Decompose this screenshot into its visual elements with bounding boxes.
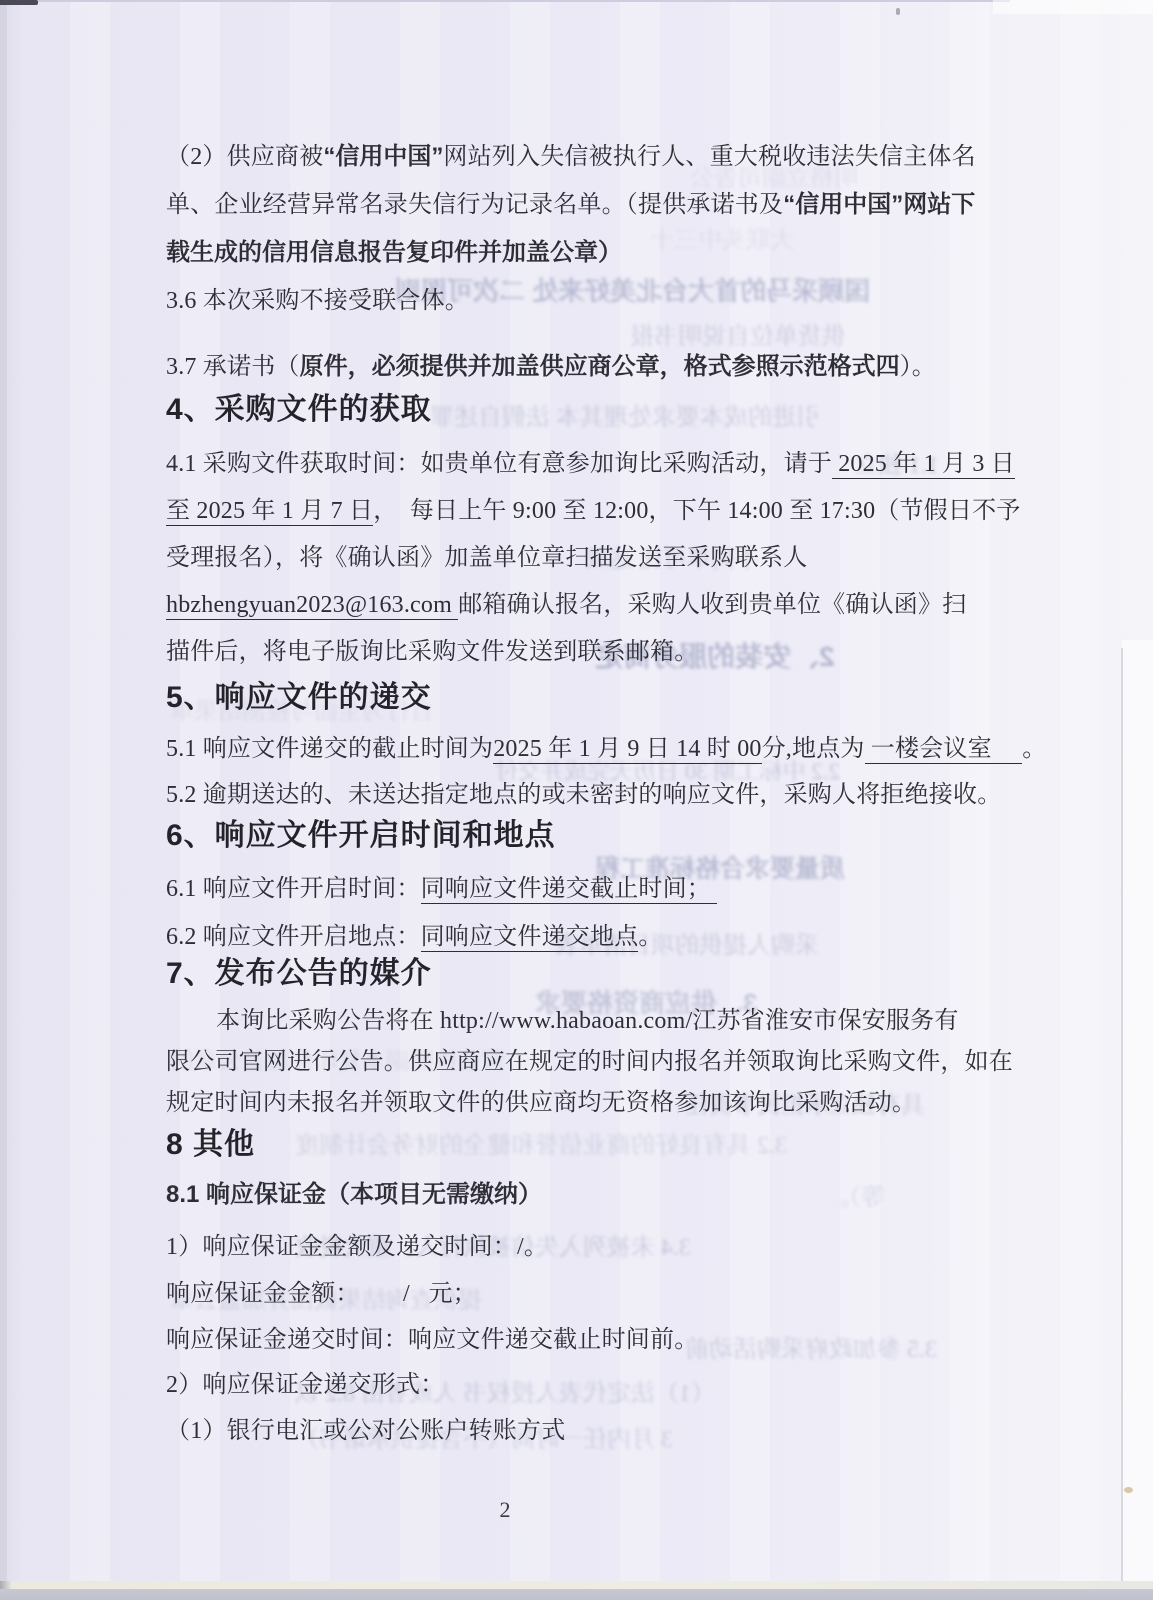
paragraph: 响应保证金金额： / 元； [166, 1271, 978, 1318]
text-line: 6.2 响应文件开启地点：同响应文件递交地点。 [166, 914, 978, 961]
text-line: 5.2 逾期送达的、未送达指定地点的或未密封的响应文件，采购人将拒绝接收。 [166, 772, 978, 819]
paragraph: 3.6 本次采购不接受联合体。 [166, 278, 978, 325]
paragraph: 6.2 响应文件开启地点：同响应文件递交地点。 [166, 914, 978, 961]
page-edge-line [1121, 648, 1123, 1583]
paragraph: 4.1 采购文件获取时间：如贵单位有意参加询比采购活动，请于 2025 年 1 … [166, 441, 978, 676]
underlined-text-segment: 至 2025 年 1 月 7 日 [166, 498, 373, 526]
page-edge-strip [1122, 640, 1153, 1585]
text-line: 描件后，将电子版询比采购文件发送到联系邮箱。 [166, 629, 978, 676]
scan-bottom-ivory-band [0, 1581, 1153, 1589]
text-segment: 8.1 响应保证金（本项目无需缴纳） [166, 1181, 542, 1208]
paragraph: 6.1 响应文件开启时间：同响应文件递交截止时间； [166, 866, 978, 913]
scan-highlight [993, 0, 1153, 14]
text-line: 规定时间内未报名并领取文件的供应商均无资格参加该询比采购活动。 [166, 1083, 978, 1124]
section-heading: 4、采购文件的获取 [166, 392, 978, 428]
text-segment: ， 每日上午 9:00 至 12:00，下午 14:00 至 17:30（节假日… [373, 498, 1020, 524]
paragraph: 8.1 响应保证金（本项目无需缴纳） [166, 1171, 978, 1218]
text-segment: 限公司官网进行公告。供应商应在规定的时间内报名并领取询比采购文件，如在 [166, 1049, 1013, 1075]
scan-left-shade [0, 0, 7, 1600]
paragraph: 5.2 逾期送达的、未送达指定地点的或未密封的响应文件，采购人将拒绝接收。 [166, 772, 978, 819]
text-segment: 响应保证金金额： / 元； [166, 1281, 477, 1307]
scan-speck [1124, 1487, 1133, 1493]
text-segment: 4.1 采购文件获取时间：如贵单位有意参加询比采购活动，请于 [166, 451, 832, 477]
section-heading: 8 其他 [166, 1127, 978, 1163]
text-line: 响应保证金递交时间：响应文件递交截止时间前。 [166, 1317, 978, 1364]
text-line: （1）银行电汇或公对公账户转账方式 [166, 1408, 978, 1455]
text-line: 6.1 响应文件开启时间：同响应文件递交截止时间； [166, 866, 978, 913]
text-line: 1）响应保证金金额及递交时间：/。 [166, 1224, 978, 1271]
text-line: （2）供应商被“信用中国”网站列入失信被执行人、重大税收违法失信主体名 [166, 133, 978, 181]
text-segment: 。 [1022, 736, 1046, 762]
text-segment: 邮箱确认报名，采购人收到贵单位《确认函》扫 [458, 592, 966, 618]
text-segment: 1）响应保证金金额及递交时间：/。 [166, 1234, 548, 1260]
underlined-text-segment: 2025 年 1 月 3 日 [832, 451, 1015, 479]
text-line: 响应保证金金额： / 元； [166, 1271, 978, 1318]
scan-speck [896, 8, 900, 15]
text-line: 3.6 本次采购不接受联合体。 [166, 278, 978, 325]
text-segment: 网站列入失信被执行人、重大税收违法失信主体名 [443, 144, 975, 170]
text-segment: （2）供应商被 [166, 144, 323, 170]
text-segment: 5.2 逾期送达的、未送达指定地点的或未密封的响应文件，采购人将拒绝接收。 [166, 782, 1001, 808]
text-segment: 3.7 承诺书（ [166, 354, 300, 380]
paragraph: （2）供应商被“信用中国”网站列入失信被执行人、重大税收违法失信主体名单、企业经… [166, 133, 978, 277]
text-segment: 载生成的信用信息报告复印件并加盖公章） [166, 239, 622, 266]
text-segment: 。 [638, 924, 662, 950]
section-heading: 6、响应文件开启时间和地点 [166, 818, 978, 854]
text-segment: 6.2 响应文件开启地点： [166, 924, 421, 950]
paragraph: 响应保证金递交时间：响应文件递交截止时间前。 [166, 1317, 978, 1364]
text-segment: 原件，必须提供并加盖供应商公章，格式参照示范格式四 [300, 353, 900, 380]
text-segment: 描件后，将电子版询比采购文件发送到联系邮箱。 [166, 639, 698, 665]
scan-bottom-gray-band [0, 1589, 1153, 1600]
section-heading: 5、响应文件的递交 [166, 680, 978, 716]
text-line: 载生成的信用信息报告复印件并加盖公章） [166, 229, 978, 277]
text-segment: “信用中国” [323, 143, 443, 170]
text-line: 3.7 承诺书（原件，必须提供并加盖供应商公章，格式参照示范格式四）。 [166, 343, 978, 390]
paragraph: 3.7 承诺书（原件，必须提供并加盖供应商公章，格式参照示范格式四）。 [166, 343, 978, 390]
text-segment: 响应保证金递交时间：响应文件递交截止时间前。 [166, 1327, 698, 1353]
scan-top-hairline [0, 0, 1010, 2]
text-segment: 受理报名），将《确认函》加盖单位章扫描发送至采购联系人 [166, 545, 807, 571]
paragraph: 2）响应保证金递交形式： [166, 1362, 978, 1409]
text-segment: （1）银行电汇或公对公账户转账方式 [166, 1418, 565, 1444]
text-line: 单、企业经营异常名录失信行为记录名单。（提供承诺书及“信用中国”网站下 [166, 181, 978, 229]
paragraph: 1）响应保证金金额及递交时间：/。 [166, 1224, 978, 1271]
text-line: hbzhengyuan2023@163.com 邮箱确认报名，采购人收到贵单位《… [166, 582, 978, 629]
text-segment: 规定时间内未报名并领取文件的供应商均无资格参加该询比采购活动。 [166, 1090, 916, 1116]
text-line: 4.1 采购文件获取时间：如贵单位有意参加询比采购活动，请于 2025 年 1 … [166, 441, 978, 488]
underlined-text-segment: 同响应文件递交地点 [421, 924, 639, 952]
text-segment: 2）响应保证金递交形式： [166, 1372, 444, 1398]
text-segment: 3.6 本次采购不接受联合体。 [166, 288, 469, 314]
underlined-text-segment: 同响应文件递交截止时间； [421, 876, 718, 904]
text-line: 限公司官网进行公告。供应商应在规定的时间内报名并领取询比采购文件，如在 [166, 1042, 978, 1083]
text-segment: ）。 [900, 354, 936, 380]
text-line: 受理报名），将《确认函》加盖单位章扫描发送至采购联系人 [166, 535, 978, 582]
underlined-text-segment: hbzhengyuan2023@163.com [166, 592, 458, 620]
text-line: 8.1 响应保证金（本项目无需缴纳） [166, 1171, 978, 1218]
paragraph: （1）银行电汇或公对公账户转账方式 [166, 1408, 978, 1455]
text-line: 2）响应保证金递交形式： [166, 1362, 978, 1409]
text-segment: 单、企业经营异常名录失信行为记录名单。（提供承诺书及 [166, 192, 783, 218]
text-segment: 6.1 响应文件开启时间： [166, 876, 421, 902]
scanned-page: 明格立副司告公大联头中三十国顾采马的首大台北美好来处 二次可图则供货单位自说明书… [0, 0, 1153, 1600]
underlined-text-segment: 一楼会议室 [865, 736, 1023, 764]
text-segment: 本询比采购公告将在 http://www.habaoan.com/江苏省淮安市保… [216, 1008, 959, 1034]
text-line: 本询比采购公告将在 http://www.habaoan.com/江苏省淮安市保… [166, 1001, 978, 1042]
section-heading: 7、发布公告的媒介 [166, 956, 978, 992]
underlined-text-segment: 2025 年 1 月 9 日 14 时 00 [493, 736, 761, 764]
paragraph: 5.1 响应文件递交的截止时间为2025 年 1 月 9 日 14 时 00分,… [166, 726, 978, 773]
text-segment: 分,地点为 [762, 736, 865, 762]
text-segment: “信用中国”网站下 [783, 191, 975, 218]
text-line: 5.1 响应文件递交的截止时间为2025 年 1 月 9 日 14 时 00分,… [166, 726, 978, 773]
text-line: 至 2025 年 1 月 7 日， 每日上午 9:00 至 12:00，下午 1… [166, 488, 978, 535]
paragraph: 本询比采购公告将在 http://www.habaoan.com/江苏省淮安市保… [166, 1001, 978, 1124]
page-number: 2 [0, 1497, 1010, 1523]
text-segment: 5.1 响应文件递交的截止时间为 [166, 736, 493, 762]
